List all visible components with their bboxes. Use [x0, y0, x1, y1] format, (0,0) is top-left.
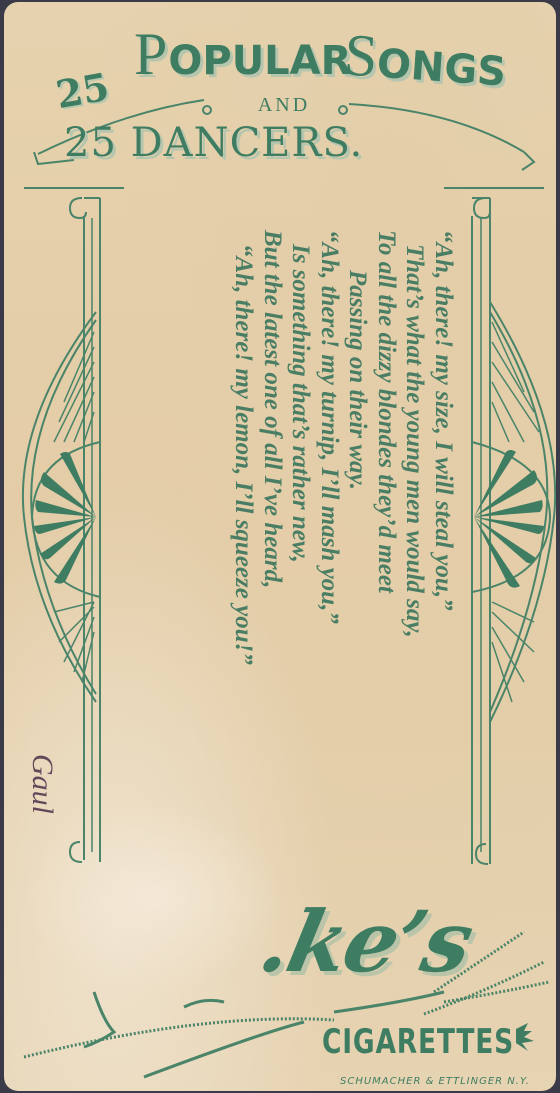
- lyric-line: “Ah, there! my turnip, I’ll mash you,”: [315, 230, 344, 890]
- title-songs: SONGS: [342, 20, 509, 100]
- handwritten-signature: Gaul: [25, 754, 59, 814]
- title-dancers: 25 DANCERS.: [64, 120, 363, 166]
- lyric-line: Passing on their way.: [343, 230, 372, 890]
- lyric-line: “Ah, there! my lemon, I’ll squeeze you!”: [229, 230, 258, 890]
- lyric-line: “Ah, there! my size, I will steal you,”: [429, 230, 458, 890]
- songs-initial: S: [342, 21, 380, 89]
- popular-rest: OPULAR: [168, 38, 351, 84]
- brand-logo-partial: .ke’s: [251, 892, 479, 991]
- lyric-line: But the latest one of all I’ve heard,: [258, 230, 287, 890]
- popular-initial: P: [134, 21, 168, 87]
- song-lyrics: “Ah, there! my size, I will steal you,” …: [157, 230, 457, 890]
- songs-rest: ONGS: [375, 41, 507, 96]
- printer-credit: SCHUMACHER & ETTLINGER N.Y.: [340, 1076, 530, 1087]
- lyric-line: That’s what the young men would say,: [400, 230, 429, 890]
- title-popular: POPULAR: [134, 20, 351, 89]
- trading-card-back: 25 POPULAR SONGS AND 25 DANCERS. “Ah, th…: [4, 2, 556, 1091]
- product-label: CIGARETTES: [322, 1022, 514, 1062]
- title-and: AND: [4, 94, 556, 117]
- lyric-line: To all the dizzy blondes they’d meet: [372, 230, 401, 890]
- lyric-line: Is something that’s rather new,: [286, 230, 315, 890]
